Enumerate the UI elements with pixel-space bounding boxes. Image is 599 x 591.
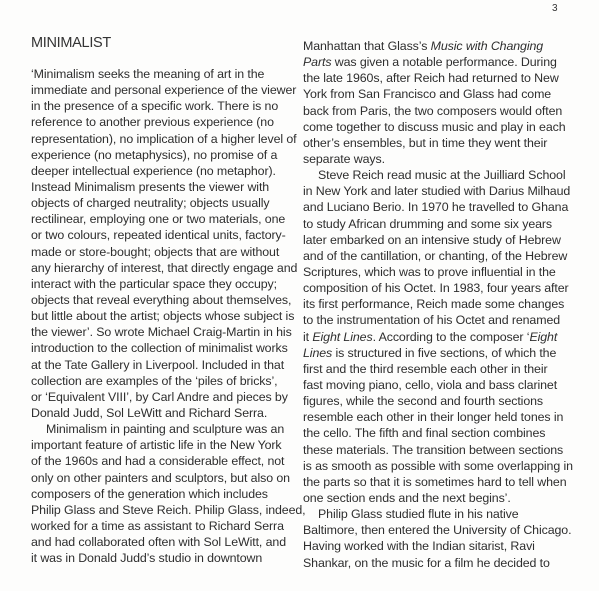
text-line: to the instrumentation of his Octet and …: [303, 312, 583, 328]
text-line: ‘Minimalism seeks the meaning of art in …: [31, 66, 301, 82]
text-line: one section ends and the next begins’.: [303, 490, 583, 506]
text-line: Donald Judd, Sol LeWitt and Richard Serr…: [31, 405, 301, 421]
text-line: any hierarchy of interest, that directly…: [31, 260, 301, 276]
text-line: the viewer’. So wrote Michael Craig-Mart…: [31, 324, 301, 340]
work-title: Parts: [303, 55, 331, 69]
text-line: or ‘Equivalent VIII’, by Carl Andre and …: [31, 389, 301, 405]
text-line: the late 1960s, after Reich had returned…: [303, 70, 583, 86]
text-line: York from San Francisco and Glass had co…: [303, 86, 583, 102]
work-title: Eight: [529, 330, 557, 344]
work-title: Eight Lines: [312, 330, 372, 344]
text-line: but little about the artist; objects who…: [31, 308, 301, 324]
text-line: at the Tate Gallery in Liverpool. Includ…: [31, 357, 301, 373]
text-run: Manhattan that Glass’s: [303, 39, 431, 53]
text-line: objects of charged neutrality; objects u…: [31, 195, 301, 211]
text-line: composers of the generation which includ…: [31, 486, 301, 502]
text-run: was given a notable performance. During: [331, 55, 556, 69]
text-line: Having worked with the Indian sitarist, …: [303, 538, 583, 554]
text-line: composition of his Octet. In 1983, four …: [303, 280, 583, 296]
text-run: . According to the composer ‘: [373, 330, 530, 344]
section-heading: MINIMALIST: [31, 35, 111, 51]
text-line: fast moving piano, cello, viola and bass…: [303, 377, 583, 393]
text-line: come together to discuss music and play …: [303, 119, 583, 135]
text-line: in the presence of a specific work. Ther…: [31, 98, 301, 114]
text-line: reference to another previous experience…: [31, 114, 301, 130]
left-column: ‘Minimalism seeks the meaning of art in …: [31, 66, 301, 566]
text-line: immediate and personal experience of the…: [31, 82, 301, 98]
paragraph-start-line: Steve Reich read music at the Juilliard …: [303, 167, 583, 183]
text-run: it: [303, 330, 312, 344]
paragraph-start-line: Minimalism in painting and sculpture was…: [31, 421, 301, 437]
text-line: Instead Minimalism presents the viewer w…: [31, 179, 301, 195]
work-title: Lines: [303, 346, 332, 360]
text-line: deeper intellectual experience (no metap…: [31, 163, 301, 179]
text-line: is as smooth as possible with some overl…: [303, 458, 583, 474]
work-title: Music with Changing: [431, 39, 543, 53]
right-column: Manhattan that Glass’s Music with Changi…: [303, 38, 583, 571]
text-line: it Eight Lines. According to the compose…: [303, 329, 583, 345]
text-line: the cello. The fifth and final section c…: [303, 425, 583, 441]
text-line: and had collaborated often with Sol LeWi…: [31, 534, 301, 550]
text-line: Scriptures, which was to prove influenti…: [303, 264, 583, 280]
text-line: figures, while the second and fourth sec…: [303, 393, 583, 409]
text-line: resemble each other in their longer held…: [303, 409, 583, 425]
text-line: Shankar, on the music for a film he deci…: [303, 555, 583, 571]
text-line: it was in Donald Judd’s studio in downto…: [31, 550, 301, 566]
text-line: and Luciano Berio. In 1970 he travelled …: [303, 199, 583, 215]
text-line: Baltimore, then entered the University o…: [303, 522, 583, 538]
text-line: Lines is structured in five sections, of…: [303, 345, 583, 361]
text-line: made or store-bought; objects that are w…: [31, 244, 301, 260]
text-line: Manhattan that Glass’s Music with Changi…: [303, 38, 583, 54]
text-run: is structured in five sections, of which…: [332, 346, 556, 360]
text-line: later embarked on an intensive study of …: [303, 232, 583, 248]
text-line: Parts was given a notable performance. D…: [303, 54, 583, 70]
text-line: collection are examples of the ‘piles of…: [31, 373, 301, 389]
paragraph-start-line: Philip Glass studied flute in his native: [303, 506, 583, 522]
text-line: Philip Glass and Steve Reich. Philip Gla…: [31, 502, 301, 518]
text-line: separate ways.: [303, 151, 583, 167]
text-line: the parts so that it is sometimes hard t…: [303, 474, 583, 490]
text-line: experience (no metaphysics), no promise …: [31, 147, 301, 163]
text-line: and of the cantillation, or chanting, of…: [303, 248, 583, 264]
text-line: of the 1960s and had a considerable effe…: [31, 453, 301, 469]
text-line: only on other painters and sculptors, bu…: [31, 470, 301, 486]
text-line: in New York and later studied with Dariu…: [303, 183, 583, 199]
text-line: important feature of artistic life in th…: [31, 437, 301, 453]
page-number: 3: [552, 3, 558, 14]
text-line: representation), no implication of a hig…: [31, 131, 301, 147]
text-line: worked for a time as assistant to Richar…: [31, 518, 301, 534]
text-line: or two colours, repeated identical units…: [31, 227, 301, 243]
text-line: to study African drumming and some six y…: [303, 216, 583, 232]
text-line: interact with the particular space they …: [31, 276, 301, 292]
text-line: back from Paris, the two composers would…: [303, 103, 583, 119]
text-line: other’s ensembles, but in time they went…: [303, 135, 583, 151]
text-line: first and the third resemble each other …: [303, 361, 583, 377]
text-line: objects that reveal everything about the…: [31, 292, 301, 308]
text-line: its first performance, Reich made some c…: [303, 296, 583, 312]
text-line: introduction to the collection of minima…: [31, 340, 301, 356]
text-line: rectilinear, employing one or two materi…: [31, 211, 301, 227]
text-line: these materials. The transition between …: [303, 442, 583, 458]
